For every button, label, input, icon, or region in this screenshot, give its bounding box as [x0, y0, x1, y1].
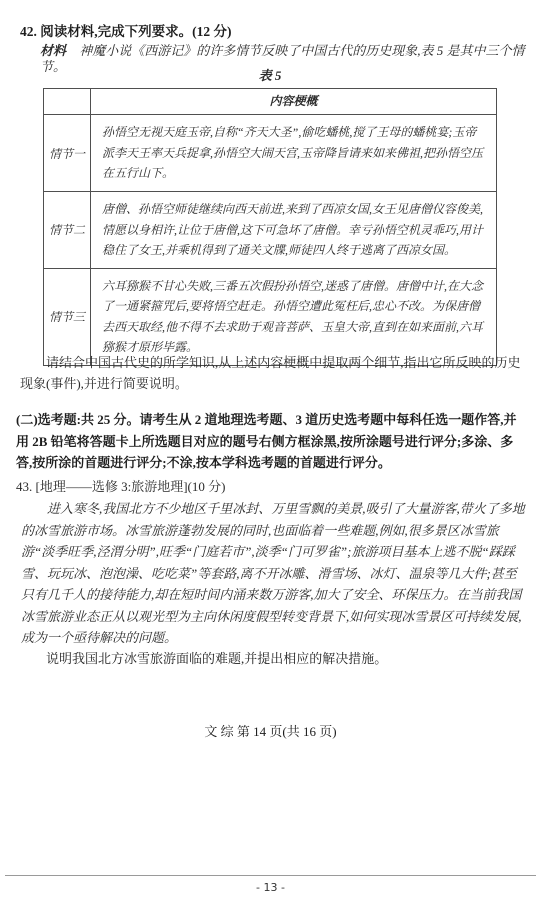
table-row-content: 唐僧、孙悟空师徒继续向西天前进,来到了西凉女国,女王见唐僧仪容俊美,情愿以身相许… [91, 192, 496, 268]
exam-paper-page: 42. 阅读材料,完成下列要求。(12 分) 材料 神魔小说《西游记》的许多情节… [0, 0, 541, 900]
question-43-title: [地理——选修 3:旅游地理](10 分) [36, 479, 226, 494]
question-42-heading: 42. 阅读材料,完成下列要求。(12 分) [20, 20, 525, 40]
table-row-label: 情节二 [44, 192, 91, 268]
question-43-number: 43. [16, 479, 32, 494]
viewer-page-number: - 13 - [0, 881, 541, 894]
question-42-task: 请结合中国古代史的所学知识,从上述内容梗概中提取两个细节,指出它所反映的历史现象… [20, 353, 527, 394]
question-42-prompt: 阅读材料,完成下列要求。(12 分) [40, 24, 231, 39]
table-row: 情节二 唐僧、孙悟空师徒继续向西天前进,来到了西凉女国,女王见唐僧仪容俊美,情愿… [44, 191, 496, 268]
question-42-number: 42. [20, 24, 37, 39]
table-row: 情节一 孙悟空无视天庭玉帝,自称“齐天大圣”,偷吃蟠桃,搅了王母的蟠桃宴;玉帝派… [44, 114, 496, 191]
question-43-task: 说明我国北方冰雪旅游面临的难题,并提出相应的解决措施。 [20, 648, 527, 667]
table-5-caption: 表 5 [43, 65, 497, 84]
table-header-label-cell [44, 89, 91, 114]
question-43-heading: 43. [地理——选修 3:旅游地理](10 分) [16, 476, 521, 495]
table-row-label: 情节一 [44, 115, 91, 191]
table-row-label: 情节三 [44, 269, 91, 365]
section-two-instructions: (二)选考题:共 25 分。请考生从 2 道地理选考题、3 道历史选考题中每科任… [16, 409, 527, 474]
table-row-content: 六耳猕猴不甘心失败,三番五次假扮孙悟空,迷惑了唐僧。唐僧中计,在大念了一通紧箍咒… [91, 269, 496, 365]
bottom-divider [5, 875, 536, 876]
exam-page-footer: 文 综 第 14 页(共 16 页) [0, 721, 541, 740]
table-row-content: 孙悟空无视天庭玉帝,自称“齐天大圣”,偷吃蟠桃,搅了王母的蟠桃宴;玉帝派李天王率… [91, 115, 496, 191]
table-header-content-cell: 内容梗概 [91, 89, 496, 114]
table-row: 情节三 六耳猕猴不甘心失败,三番五次假扮孙悟空,迷惑了唐僧。唐僧中计,在大念了一… [44, 268, 496, 365]
question-43-material: 进入寒冬,我国北方不少地区千里冰封、万里雪飘的美景,吸引了大量游客,带火了多地的… [21, 498, 526, 649]
table-5: 内容梗概 情节一 孙悟空无视天庭玉帝,自称“齐天大圣”,偷吃蟠桃,搅了王母的蟠桃… [43, 88, 497, 366]
table-header-row: 内容梗概 [44, 89, 496, 114]
material-label: 材料 [40, 43, 66, 58]
